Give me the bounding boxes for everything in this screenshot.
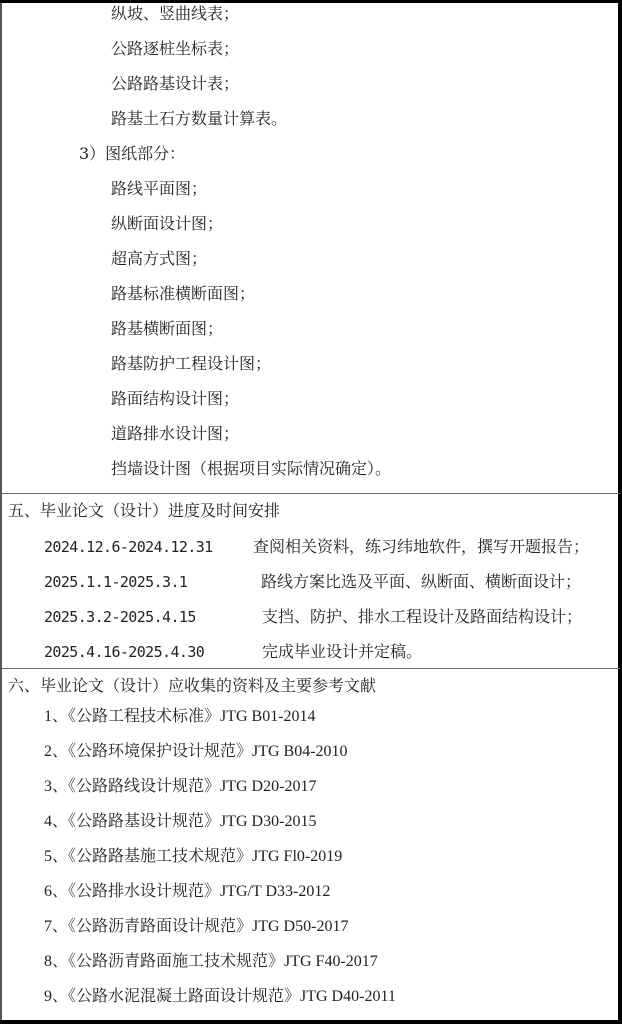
reference-item: 9、《公路水泥混凝土路面设计规范》JTG D40-2011 [44, 987, 396, 1007]
drawing-list-item: 道路排水设计图； [111, 424, 239, 444]
drawing-list-item: 纵断面设计图； [111, 214, 223, 234]
drawing-list-item: 路线平面图； [111, 179, 207, 199]
schedule-period: 2025.1.1-2025.3.1 [44, 572, 187, 592]
reference-item: 5、《公路路基施工技术规范》JTG Fl0-2019 [44, 847, 342, 867]
schedule-task: 支挡、防护、排水工程设计及路面结构设计； [262, 607, 582, 627]
reference-item: 1、《公路工程技术标准》JTG B01-2014 [44, 707, 316, 727]
drawings-heading: 3）图纸部分： [79, 144, 185, 164]
section5-title: 五、毕业论文（设计）进度及时间安排 [8, 501, 280, 521]
schedule-task: 查阅相关资料，练习纬地软件，撰写开题报告； [253, 537, 589, 557]
drawing-list-item: 路基标准横断面图； [111, 284, 255, 304]
section6-title: 六、毕业论文（设计）应收集的资料及主要参考文献 [8, 676, 376, 696]
reference-item: 6、《公路排水设计规范》JTG/T D33-2012 [44, 882, 330, 902]
schedule-period: 2025.3.2-2025.4.15 [44, 607, 196, 627]
section-divider [2, 493, 620, 494]
document-page: 纵坡、竖曲线表； 公路逐桩坐标表； 公路路基设计表； 路基土石方数量计算表。 3… [0, 3, 618, 1020]
reference-item: 3、《公路路线设计规范》JTG D20-2017 [44, 777, 316, 797]
drawing-list-item: 路基横断面图； [111, 319, 223, 339]
drawing-list-item: 挡墙设计图（根据项目实际情况确定）。 [111, 459, 391, 479]
schedule-period: 2025.4.16-2025.4.30 [44, 642, 204, 662]
schedule-task: 完成毕业设计并定稿。 [262, 642, 422, 662]
table-list-item: 纵坡、竖曲线表； [111, 4, 239, 24]
schedule-period: 2024.12.6-2024.12.31 [44, 537, 213, 557]
table-list-item: 公路逐桩坐标表； [111, 39, 239, 59]
section-divider [2, 668, 620, 669]
drawing-list-item: 路基防护工程设计图； [111, 354, 271, 374]
drawing-list-item: 路面结构设计图； [111, 389, 239, 409]
table-list-item: 公路路基设计表； [111, 74, 239, 94]
reference-item: 4、《公路路基设计规范》JTG D30-2015 [44, 812, 316, 832]
table-list-item: 路基土石方数量计算表。 [111, 109, 287, 129]
drawing-list-item: 超高方式图； [111, 249, 207, 269]
schedule-task: 路线方案比选及平面、纵断面、横断面设计； [261, 572, 581, 592]
reference-item: 2、《公路环境保护设计规范》JTG B04-2010 [44, 742, 348, 762]
reference-item: 8、《公路沥青路面施工技术规范》JTG F40-2017 [44, 952, 378, 972]
reference-item: 7、《公路沥青路面设计规范》JTG D50-2017 [44, 917, 348, 937]
